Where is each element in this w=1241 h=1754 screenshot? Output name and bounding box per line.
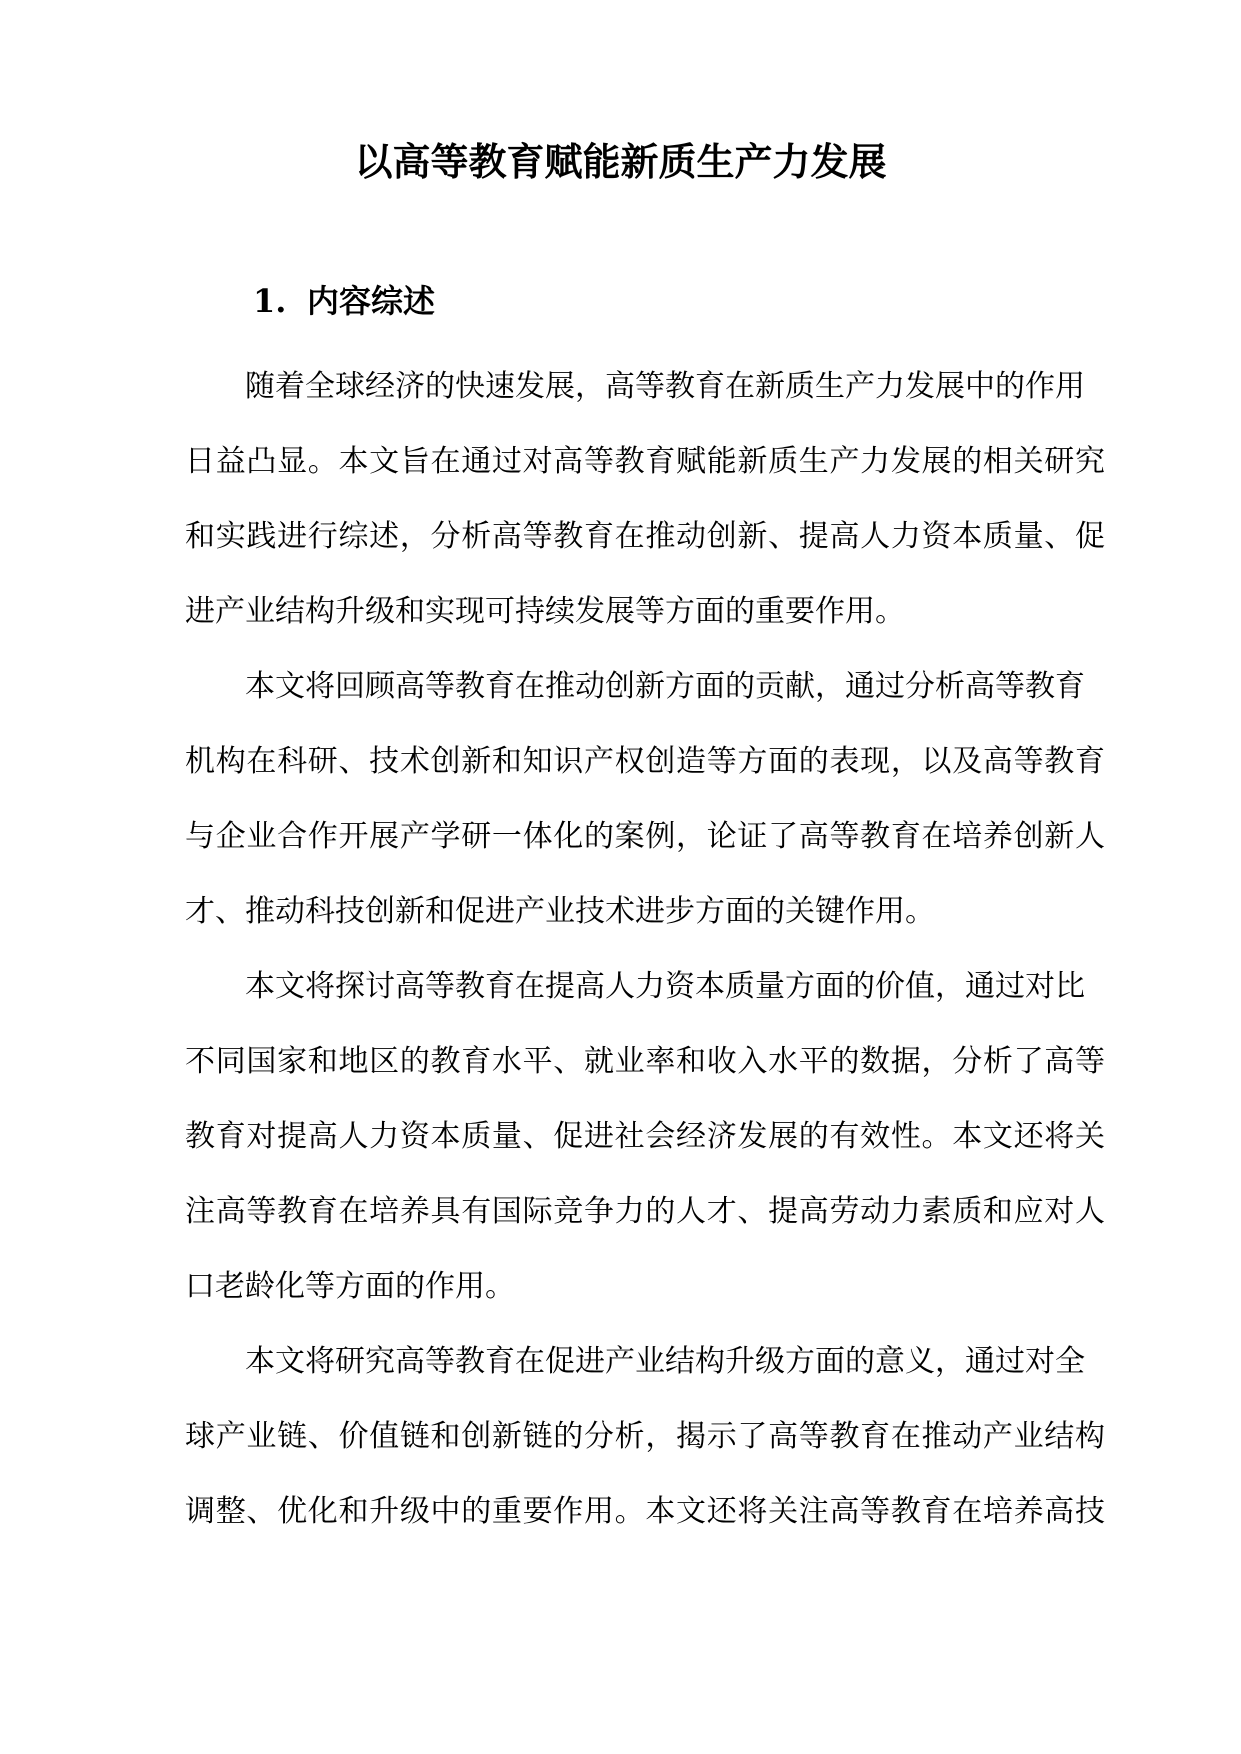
- text-line: 不同国家和地区的教育水平、就业率和收入水平的数据，分析了高等: [185, 1024, 1105, 1099]
- text-line: 注高等教育在培养具有国际竞争力的人才、提高劳动力素质和应对人: [185, 1174, 1105, 1249]
- section-title: 内容综述: [307, 282, 435, 320]
- text-line: 随着全球经济的快速发展，高等教育在新质生产力发展中的作用: [185, 349, 1105, 424]
- paragraph: 随着全球经济的快速发展，高等教育在新质生产力发展中的作用日益凸显。本文旨在通过对…: [185, 349, 1105, 649]
- text-line: 口老龄化等方面的作用。: [185, 1249, 1105, 1324]
- document-body: 随着全球经济的快速发展，高等教育在新质生产力发展中的作用日益凸显。本文旨在通过对…: [185, 349, 1105, 1549]
- document-page: 以高等教育赋能新质生产力发展 1.内容综述 随着全球经济的快速发展，高等教育在新…: [0, 0, 1241, 1754]
- section-number: 1.: [253, 279, 307, 323]
- document-title: 以高等教育赋能新质生产力发展: [0, 136, 1241, 188]
- text-line: 和实践进行综述，分析高等教育在推动创新、提高人力资本质量、促: [185, 499, 1105, 574]
- text-line: 机构在科研、技术创新和知识产权创造等方面的表现，以及高等教育: [185, 724, 1105, 799]
- text-line: 进产业结构升级和实现可持续发展等方面的重要作用。: [185, 574, 1105, 649]
- text-line: 调整、优化和升级中的重要作用。本文还将关注高等教育在培养高技: [185, 1474, 1105, 1549]
- text-line: 本文将研究高等教育在促进产业结构升级方面的意义，通过对全: [185, 1324, 1105, 1399]
- text-line: 日益凸显。本文旨在通过对高等教育赋能新质生产力发展的相关研究: [185, 424, 1105, 499]
- paragraph: 本文将回顾高等教育在推动创新方面的贡献，通过分析高等教育机构在科研、技术创新和知…: [185, 649, 1105, 949]
- section-heading: 1.内容综述: [253, 279, 435, 323]
- text-line: 教育对提高人力资本质量、促进社会经济发展的有效性。本文还将关: [185, 1099, 1105, 1174]
- text-line: 与企业合作开展产学研一体化的案例，论证了高等教育在培养创新人: [185, 799, 1105, 874]
- paragraph: 本文将研究高等教育在促进产业结构升级方面的意义，通过对全球产业链、价值链和创新链…: [185, 1324, 1105, 1549]
- paragraph: 本文将探讨高等教育在提高人力资本质量方面的价值，通过对比不同国家和地区的教育水平…: [185, 949, 1105, 1324]
- text-line: 球产业链、价值链和创新链的分析，揭示了高等教育在推动产业结构: [185, 1399, 1105, 1474]
- text-line: 才、推动科技创新和促进产业技术进步方面的关键作用。: [185, 874, 1105, 949]
- text-line: 本文将回顾高等教育在推动创新方面的贡献，通过分析高等教育: [185, 649, 1105, 724]
- text-line: 本文将探讨高等教育在提高人力资本质量方面的价值，通过对比: [185, 949, 1105, 1024]
